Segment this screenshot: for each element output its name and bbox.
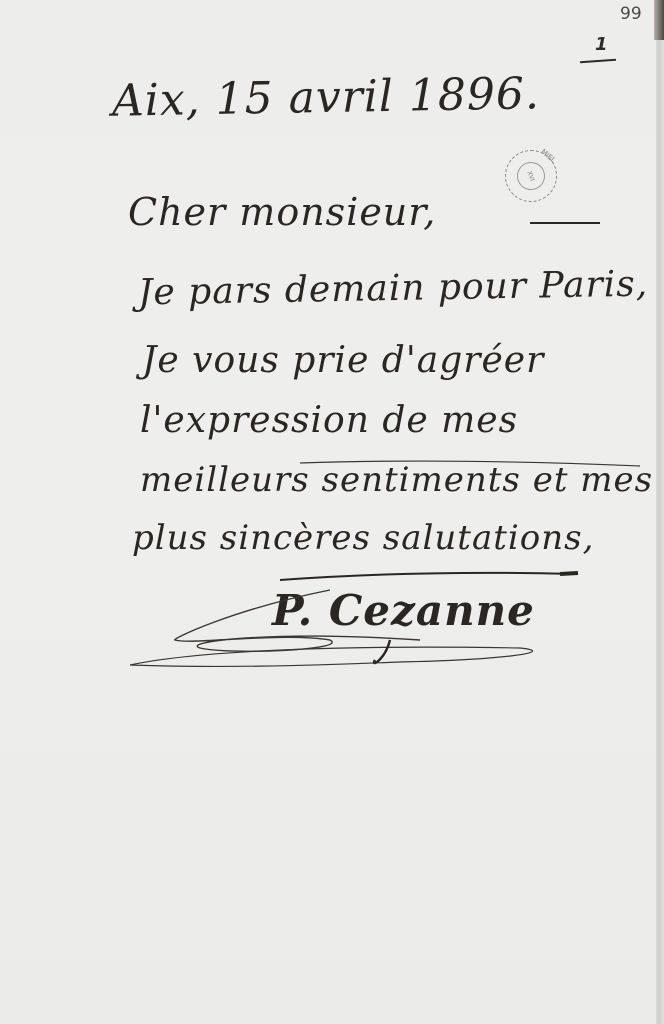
signature-flourish	[0, 0, 664, 1024]
